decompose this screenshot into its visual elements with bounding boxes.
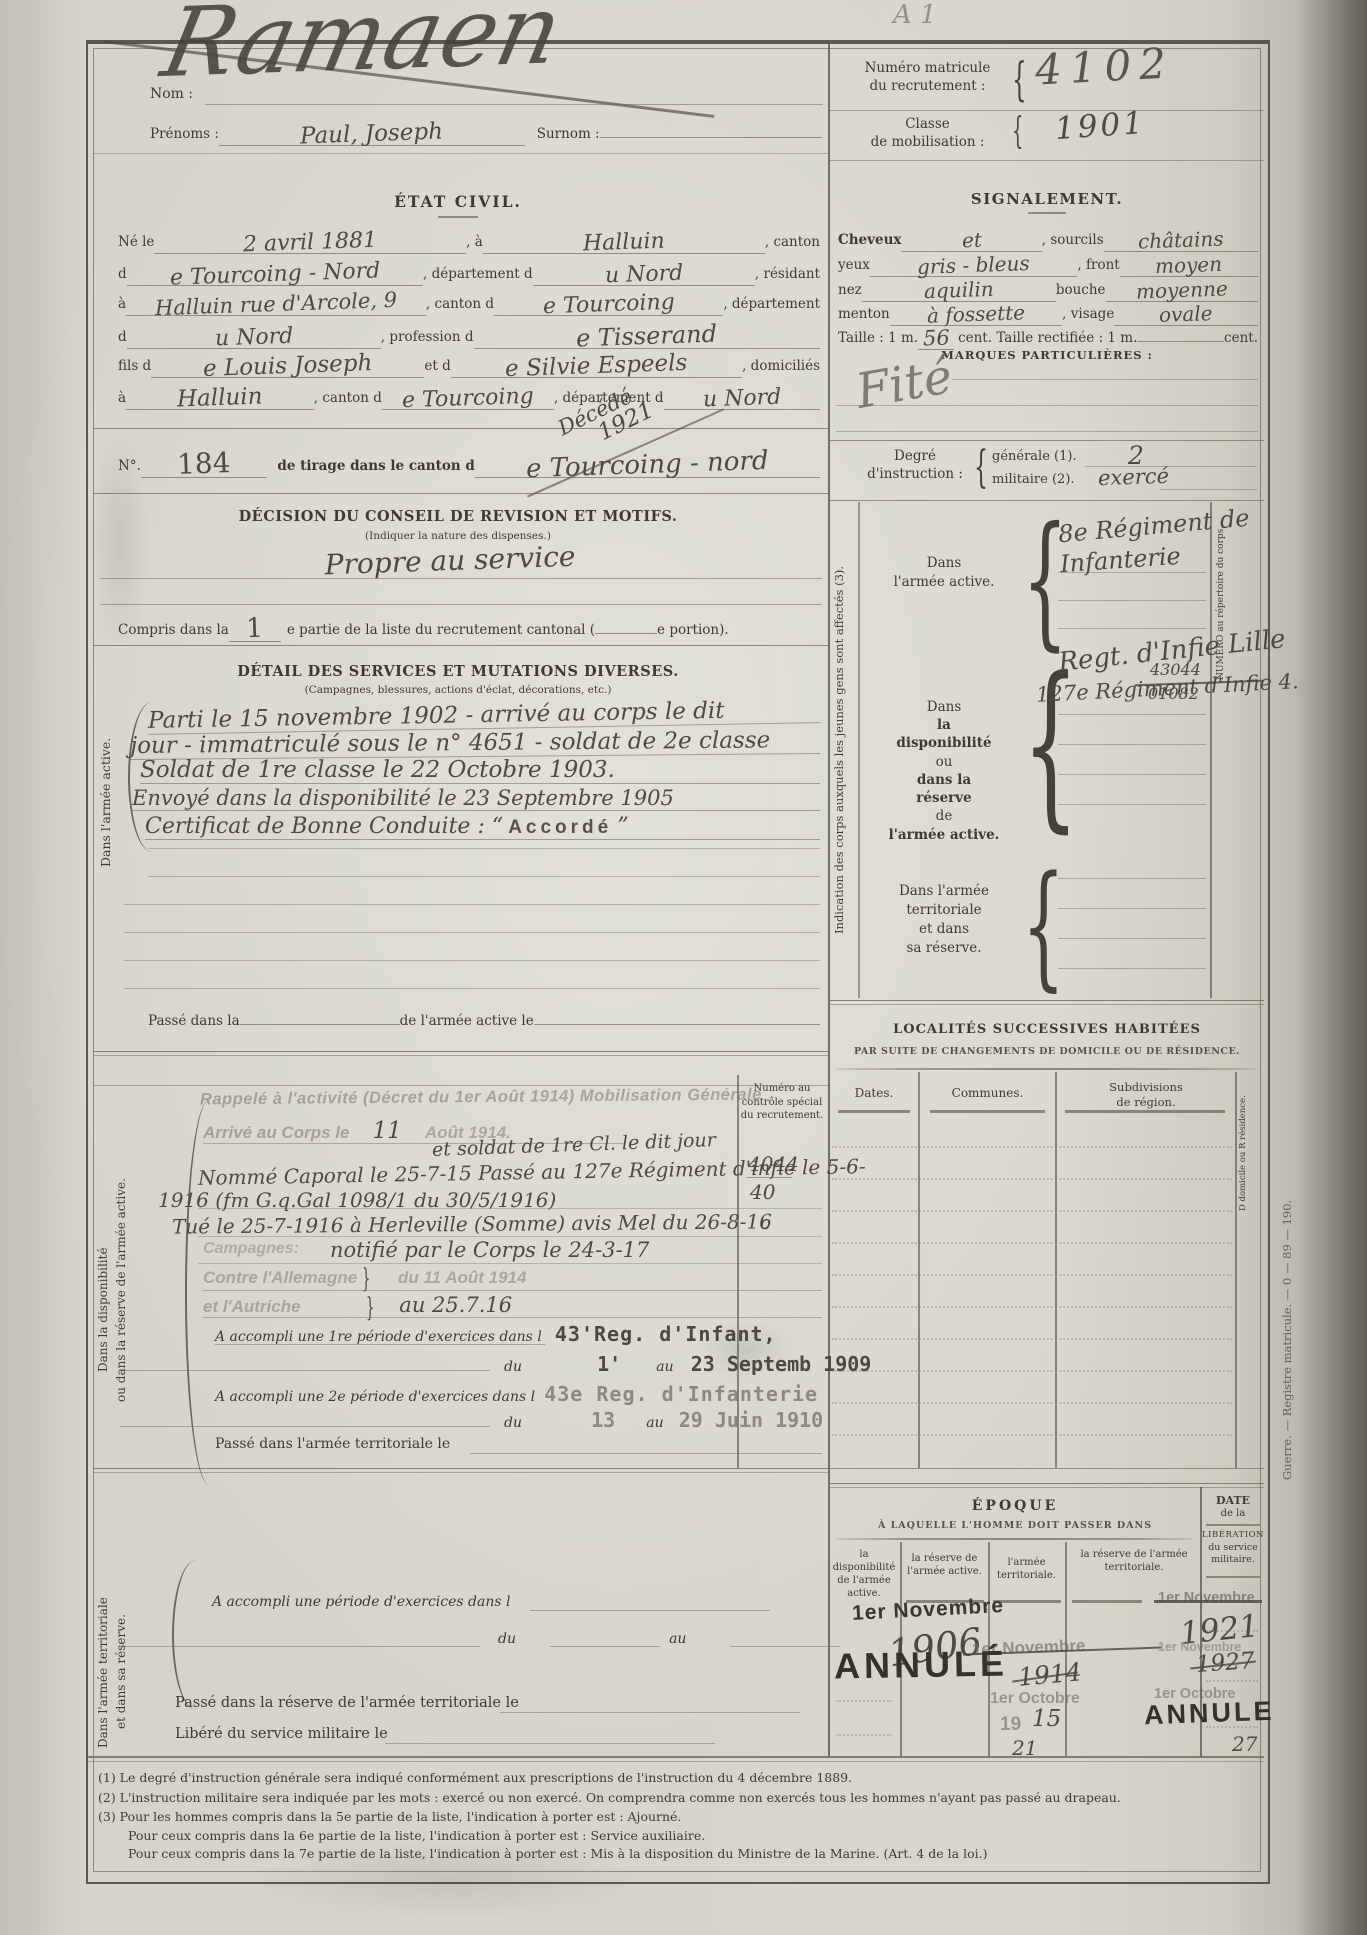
canton2-label: , canton d (426, 295, 494, 315)
rule (1058, 908, 1206, 909)
ne-le-value: 2 avril 1881 (243, 230, 378, 257)
rule (93, 428, 828, 429)
rule (1058, 878, 1206, 879)
localites-title: LOCALITÉS SUCCESSIVES HABITÉES (830, 1022, 1264, 1037)
corps-dispo-line1: Dans (888, 698, 1000, 716)
corps-dispo-line6: l'armée active. (888, 826, 1000, 844)
rule (203, 1290, 822, 1291)
corps-terr-line2: territoriale (888, 901, 1000, 920)
visage-value: ovale (1159, 303, 1213, 325)
yeux-label: yeux (838, 256, 870, 276)
passe-post: de l'armée active le (400, 1012, 534, 1032)
controle-value-3: c (760, 1212, 771, 1234)
rule (832, 1306, 1232, 1308)
accorde-stamp: Accordé (508, 817, 612, 838)
epoque-col1-label: la disponibilité de l'armée active. (830, 1548, 898, 1600)
periode1-regiment-stamp: 43'Reg. d'Infant, (555, 1322, 777, 1346)
rule (830, 1468, 1264, 1469)
canton3-value: e Tourcoing (402, 386, 534, 413)
rule (124, 988, 820, 989)
sig-row-2: yeux gris - bleus , front moyen (838, 252, 1258, 277)
et-de-label: et d (424, 357, 450, 377)
rule (1206, 1630, 1258, 1632)
portion-field (595, 633, 657, 634)
dispo-margin-label-1: Dans la disponibilité (96, 1145, 110, 1475)
periode2-dates-row: du 13 au 29 Juin 1910 (120, 1408, 823, 1432)
brace-open: { (974, 446, 988, 490)
passe-territoriale-label: Passé dans l'armée territoriale le (215, 1436, 450, 1452)
services-title: DÉTAIL DES SERVICES ET MUTATIONS DIVERSE… (93, 663, 823, 680)
corps-dispo-num-2: 01082 (1148, 684, 1199, 703)
decision-subtitle: (Indiquer la nature des dispenses.) (93, 530, 823, 542)
libere-label: Libéré du service militaire le (175, 1726, 388, 1742)
rule (832, 1338, 1232, 1340)
profession-label: , profession d (381, 328, 474, 348)
certificat-quote-close: ” (617, 814, 628, 839)
militaire-value: exercé (1098, 464, 1170, 490)
footnote-4: Pour ceux compris dans la 6e partie de l… (128, 1828, 1258, 1843)
epoque-col2-label: la réserve de l'armée active. (903, 1552, 986, 1578)
rule (93, 1051, 828, 1052)
allemagne-row: Contre l'Allemagne } du 11 Août 1914 (203, 1266, 526, 1292)
cheveux-value: et (961, 230, 982, 251)
footnote-2: (2) L'instruction militaire sera indiqué… (98, 1790, 1258, 1805)
territoriale-dates-row: du au (120, 1628, 686, 1647)
au-label-2: au (646, 1415, 663, 1431)
degre-label: Degré d'instruction : (860, 447, 970, 483)
brace-close: } (362, 1266, 370, 1292)
bouche-label: bouche (1056, 281, 1106, 301)
footnote-3: (3) Pour les hommes compris dans la 5e p… (98, 1809, 1258, 1824)
dept3-value: u Nord (702, 387, 781, 412)
rule (1206, 1680, 1258, 1682)
tirage-text: de tirage dans le canton d (277, 457, 474, 477)
rule (120, 1370, 490, 1371)
rule (100, 604, 822, 605)
rule (500, 1712, 800, 1713)
rule (1160, 489, 1257, 490)
departement-field: u Nord (533, 261, 755, 286)
localites-subtitle: PAR SUITE DE CHANGEMENTS DE DOMICILE OU … (830, 1046, 1264, 1057)
rule (148, 848, 820, 849)
rule (148, 876, 820, 877)
services-line-5: Certificat de Bonne Conduite : “ Accordé… (145, 814, 820, 840)
rule (93, 1472, 828, 1473)
rule (1028, 212, 1066, 214)
rule (124, 904, 820, 905)
epoque-stamp-annule-a: ANNULÉ (834, 1642, 1009, 1687)
signalement-title: SIGNALEMENT. (832, 190, 1262, 208)
taille-field: 56 (918, 325, 954, 350)
corps-active-line1: Dans (888, 554, 1000, 573)
birthplace-value: Halluin (583, 231, 665, 256)
registre-matricule-page: A 1 Ramaen Nom : Prénoms : Paul, Joseph … (0, 0, 1367, 1935)
compris-pre: Compris dans la (118, 621, 229, 641)
yeux-value: gris - bleus (917, 253, 1030, 277)
corps-dispo-line4: dans la réserve (888, 771, 1000, 807)
controle-value-2: 40 (750, 1180, 775, 1204)
rule (836, 1700, 892, 1702)
prenoms-field: Paul, Joseph (219, 120, 525, 146)
ne-le-label: Né le (118, 233, 154, 253)
profession-value: e Tisserand (576, 322, 718, 351)
services-subtitle: (Campagnes, blessures, actions d'éclat, … (93, 684, 823, 696)
corps-dispo-line2: la disponibilité (888, 716, 1000, 752)
rule (832, 1210, 1232, 1212)
rule (832, 1146, 1232, 1148)
contre-allemagne-stamp: Contre l'Allemagne (203, 1268, 357, 1287)
tirage-canton-value: e Tourcoing - nord (526, 448, 769, 482)
front-value: moyen (1155, 254, 1223, 276)
passe-pre: Passé dans la (148, 1012, 240, 1032)
domicile-field: Halluin (126, 384, 314, 410)
residence-field: Halluin rue d'Arcole, 9 (126, 291, 426, 316)
canton-field: e Tourcoing - Nord (127, 261, 423, 286)
nez-value: aquilin (924, 279, 994, 301)
footnote-5: Pour ceux compris dans la 7e partie de l… (128, 1846, 1258, 1861)
rule (832, 1402, 1232, 1404)
periode2-row: A accompli une 2e période d'exercices da… (215, 1382, 818, 1406)
rule (215, 1344, 545, 1345)
epoque-hand-27: 27 (1232, 1732, 1257, 1756)
fils-label: fils d (118, 357, 151, 377)
rule (93, 1468, 828, 1469)
epoque-hand-15: 15 (1032, 1706, 1061, 1732)
numero-tirage-value: 184 (177, 449, 231, 479)
compris-field: 1 (229, 612, 281, 642)
ec-row-5: fils d e Louis Joseph et d e Silvie Espe… (118, 352, 820, 378)
rule (438, 216, 478, 218)
terr-au-label: au (669, 1631, 686, 1647)
rule (838, 1110, 910, 1113)
decision-title: DÉCISION DU CONSEIL DE REVISION ET MOTIF… (93, 508, 823, 525)
rule (530, 1610, 770, 1611)
passe-reserve-terr-label: Passé dans la réserve de l'armée territo… (175, 1695, 519, 1711)
yeux-field: gris - bleus (870, 252, 1077, 277)
taille-label: Taille : 1 m. (838, 329, 918, 349)
nez-label: nez (838, 281, 862, 301)
sourcils-label: , sourcils (1042, 231, 1104, 251)
de-label: d (118, 265, 127, 285)
corner-note: A 1 (893, 0, 937, 30)
rule (832, 1274, 1232, 1276)
compris-mid: e partie de la liste du recrutement cant… (287, 621, 595, 641)
periode2-from-stamp: 13 (591, 1408, 615, 1432)
rule (1210, 502, 1212, 998)
classe-value: 1901 (1054, 105, 1147, 147)
cheveux-field: et (901, 227, 1041, 252)
corps-terr-line4: sa réserve. (888, 939, 1000, 958)
residence-value: Halluin rue d'Arcole, 9 (155, 290, 398, 319)
autriche-date-hand: au 25.7.16 (399, 1293, 512, 1317)
rule (1058, 804, 1206, 805)
dept3-field: u Nord (664, 385, 820, 410)
prenoms-row: Prénoms : Paul, Joseph Surnom : (150, 120, 822, 146)
sourcils-value: châtains (1138, 229, 1224, 252)
rule (1206, 1524, 1260, 1526)
rule (205, 104, 823, 105)
corps-dispo-line3: ou (888, 753, 1000, 771)
passe-field-1 (240, 1024, 400, 1025)
residant-label: , résidant (755, 265, 820, 285)
margin-imprint: Guerre. — Registre matricule. — 0 — 89 —… (1280, 1160, 1294, 1480)
corps-dispo-num-1: 43044 (1150, 660, 1201, 679)
epoque-stamp-19: 19 (1000, 1714, 1021, 1736)
rule (203, 1317, 822, 1318)
passe-field-2 (534, 1024, 820, 1025)
armee-active-margin-label: Dans l'armée active. (98, 695, 113, 910)
epoque-col3-label: l'armée territoriale. (990, 1556, 1063, 1582)
rule (1055, 1072, 1057, 1468)
rule (830, 1004, 1264, 1005)
classe-label-line2: de mobilisation : (845, 134, 1010, 152)
rule (832, 1434, 1232, 1436)
epoque-date-sub4: militaire. (1202, 1554, 1264, 1565)
ec-row-2: d e Tourcoing - Nord , département d u N… (118, 261, 820, 286)
rule (198, 1263, 822, 1264)
rule (385, 1743, 715, 1744)
corps-terr-line3: et dans (888, 920, 1000, 939)
rule (1206, 1726, 1258, 1728)
rule (746, 1177, 792, 1178)
numero-tirage-label: N°. (118, 457, 141, 477)
nom-label: Nom : (150, 86, 193, 102)
canton3-field: e Tourcoing (382, 385, 554, 410)
rule (120, 1646, 480, 1647)
cent-label: cent. (1224, 329, 1258, 349)
rule (858, 502, 860, 998)
sig-row-4: menton à fossette , visage ovale (838, 301, 1258, 326)
mob-hand-5: notifié par le Corps le 24-3-17 (330, 1238, 649, 1262)
profession-field: e Tisserand (474, 321, 821, 349)
nez-field: aquilin (862, 277, 1056, 302)
periode1-from-stamp: 1' (597, 1352, 621, 1376)
du-label: du (504, 1359, 522, 1375)
rule (1058, 774, 1206, 775)
territoriale-margin-label-2: et dans sa réserve. (114, 1572, 128, 1772)
rule (836, 1068, 1258, 1070)
rule (198, 1236, 822, 1237)
visage-label: , visage (1062, 305, 1114, 325)
rule (930, 1110, 1045, 1113)
dept2-field: u Nord (127, 324, 381, 349)
domicilies-label: , domiciliés (742, 357, 820, 377)
surnom-label: Surnom : (537, 125, 600, 145)
corps-dispo-label: Dans la disponibilité ou dans la réserve… (888, 698, 1000, 844)
controle-col-label: Numéro au contrôle spécial du recrutemen… (740, 1082, 824, 1123)
page-edge-shadow (1295, 0, 1367, 1935)
domicile-value: Halluin (177, 386, 263, 412)
canton-value: e Tourcoing - Nord (169, 260, 380, 289)
tirage-row: N°. 184 de tirage dans le canton d e Tou… (118, 447, 820, 478)
compris-post: e portion). (657, 621, 729, 641)
rule (830, 110, 1264, 111)
rule (832, 1178, 1232, 1180)
matricule-label-line2: du recrutement : (845, 78, 1010, 96)
sig-row-5: Taille : 1 m. 56 cent. Taille rectifiée … (838, 325, 1258, 350)
periode2-label: A accompli une 2e période d'exercices da… (215, 1389, 535, 1405)
arrive-corps-day: 11 (373, 1118, 402, 1144)
residence-a-label: à (118, 295, 126, 315)
rule (1206, 1576, 1260, 1578)
periode1-row: A accompli une 1re période d'exercices d… (215, 1322, 777, 1346)
mere-value: e Silvie Espeels (505, 352, 688, 381)
rule (1065, 1110, 1225, 1113)
localites-side-label: D domicile ou R résidence. (1238, 1078, 1264, 1228)
matricule-label: Numéro matricule du recrutement : (845, 60, 1010, 95)
menton-field: à fossette (890, 301, 1062, 326)
rule (93, 153, 828, 154)
territoriale-margin-label-1: Dans l'armée territoriale (96, 1555, 110, 1790)
tirage-canton-field: e Tourcoing - nord (475, 449, 820, 478)
rule (1058, 572, 1206, 573)
epoque-title: ÉPOQUE (830, 1498, 1200, 1514)
sourcils-field: châtains (1104, 227, 1258, 252)
rule (1058, 628, 1206, 629)
rule (730, 1646, 840, 1647)
menton-label: menton (838, 305, 890, 325)
ec-row-4: d u Nord , profession d e Tisserand (118, 321, 820, 349)
numero-repertoire-label: NUMÉRO au répertoire du corps. (1214, 508, 1254, 698)
rule (1058, 714, 1206, 715)
rule (830, 1483, 1264, 1484)
rule (93, 645, 828, 646)
rule (1058, 938, 1206, 939)
etat-civil-title: ÉTAT CIVIL. (93, 192, 823, 211)
domicile-a-label: à (118, 389, 126, 409)
surnom-field (600, 137, 822, 138)
allemagne-date-stamp: du 11 Août 1914 (398, 1268, 526, 1287)
visage-field: ovale (1114, 301, 1258, 326)
militaire-label: militaire (2). (992, 472, 1075, 487)
rule (836, 405, 1258, 406)
du-label-2: du (504, 1415, 522, 1431)
rule (100, 578, 822, 579)
corps-terr-label: Dans l'armée territoriale et dans sa rés… (888, 882, 1000, 958)
menton-value: à fossette (927, 302, 1026, 325)
du-label: d (118, 328, 127, 348)
rule (836, 1538, 1194, 1540)
rule (1072, 1600, 1142, 1603)
compris-row: Compris dans la 1 e partie de la liste d… (118, 612, 820, 642)
front-field: moyen (1120, 252, 1258, 277)
subdiv-line1: Subdivisions (1057, 1080, 1235, 1095)
pere-field: e Louis Joseph (151, 352, 424, 378)
corps-terr-line1: Dans l'armée (888, 882, 1000, 901)
rule (124, 932, 820, 933)
degre-label-line2: d'instruction : (860, 465, 970, 483)
surname-script: Ramaen (153, 0, 571, 99)
services-line-4: Envoyé dans la disponibilité le 23 Septe… (132, 786, 820, 811)
classe-label-line1: Classe (845, 116, 1010, 134)
epoque-subtitle: À LAQUELLE L'HOMME DOIT PASSER DANS (830, 1520, 1200, 1531)
taille-rectifiee-label: cent. Taille rectifiée : 1 m. (958, 329, 1137, 349)
departement-label: , département d (423, 265, 533, 285)
a-label: , à (466, 233, 483, 253)
rule (1235, 1072, 1237, 1468)
epoque-date-sub3: du service (1202, 1542, 1264, 1553)
rule (120, 1426, 490, 1427)
periode2-regiment-stamp: 43e Reg. d'Infanterie (544, 1382, 818, 1406)
rule (93, 493, 828, 494)
ec-row-3: à Halluin rue d'Arcole, 9 , canton d e T… (118, 291, 820, 316)
brace-open: { (1012, 114, 1023, 150)
corps-vertical-label: Indication des corps auxquels les jeunes… (832, 505, 854, 995)
rule (88, 1756, 1264, 1758)
matricule-value: 4102 (1034, 38, 1175, 94)
rule (836, 1734, 892, 1736)
taille-value: 56 (922, 328, 949, 350)
localites-col-communes: Communes. (920, 1086, 1055, 1100)
services-line-3: Soldat de 1re classe le 22 Octobre 1903. (140, 757, 820, 784)
front-label: , front (1077, 256, 1119, 276)
corps-dispo-line5: de (888, 807, 1000, 825)
epoque-date-sub2: LIBÉRATION (1200, 1530, 1266, 1540)
degre-label-line1: Degré (860, 447, 970, 465)
epoque-date-label: DATE (1202, 1494, 1264, 1507)
sig-row-3: nez aquilin bouche moyenne (838, 277, 1258, 302)
canton3-label: , canton d (314, 389, 382, 409)
rule (1058, 744, 1206, 745)
controle-value-1: 4044 (748, 1152, 799, 1176)
rule (830, 1000, 1264, 1001)
epoque-date-sub1: de la (1202, 1508, 1264, 1519)
canton-label: , canton (765, 233, 820, 253)
certificat-text: Certificat de Bonne Conduite : “ (145, 814, 503, 839)
campagnes-stamp: Campagnes: (203, 1240, 299, 1258)
cheveux-label: Cheveux (838, 231, 901, 251)
bouche-field: moyenne (1106, 277, 1258, 302)
rule (952, 379, 1258, 380)
rule (918, 1072, 920, 1468)
prenoms-label: Prénoms : (150, 125, 219, 145)
rule (836, 431, 1258, 432)
periode1-label: A accompli une 1re période d'exercices d… (215, 1329, 542, 1345)
bouche-value: moyenne (1136, 278, 1228, 301)
taille-rectifiee-field (1137, 341, 1224, 342)
ec-row-6: à Halluin , canton d e Tourcoing , dépar… (118, 384, 820, 410)
territoriale-periode-label: A accompli une période d'exercices dans … (212, 1594, 510, 1610)
mere-field: e Silvie Espeels (451, 352, 742, 378)
numero-tirage-field: 184 (141, 447, 268, 478)
canton2-value: e Tourcoing (542, 292, 674, 319)
dept2-value: u Nord (214, 326, 293, 351)
localites-col-subdiv: Subdivisions de région. (1057, 1080, 1235, 1110)
rule (550, 1646, 660, 1647)
rule (832, 1370, 1232, 1372)
rule (93, 1055, 828, 1056)
corps-active-label: Dans l'armée active. (888, 554, 1000, 592)
classe-label: Classe de mobilisation : (845, 116, 1010, 151)
canton2-field: e Tourcoing (494, 291, 723, 316)
footnote-1: (1) Le degré d'instruction générale sera… (98, 1770, 1258, 1785)
terr-du-label: du (498, 1631, 516, 1647)
rule (832, 1242, 1232, 1244)
rule (830, 440, 1264, 441)
rule (1058, 968, 1206, 969)
rule (1058, 600, 1206, 601)
periode2-to-stamp: 29 Juin 1910 (679, 1408, 824, 1432)
au-label: au (656, 1359, 673, 1375)
passe-armee-active-row: Passé dans la de l'armée active le (148, 1012, 820, 1032)
matricule-label-line1: Numéro matricule (845, 60, 1010, 78)
rule (830, 160, 1264, 161)
epoque-stamp-nov-c: 1er Novembre (1158, 1590, 1255, 1606)
et-autriche-stamp: et l'Autriche (203, 1297, 301, 1316)
localites-col-dates: Dates. (830, 1086, 918, 1100)
subdiv-line2: de région. (1057, 1095, 1235, 1110)
brace-open: { (1012, 56, 1027, 102)
